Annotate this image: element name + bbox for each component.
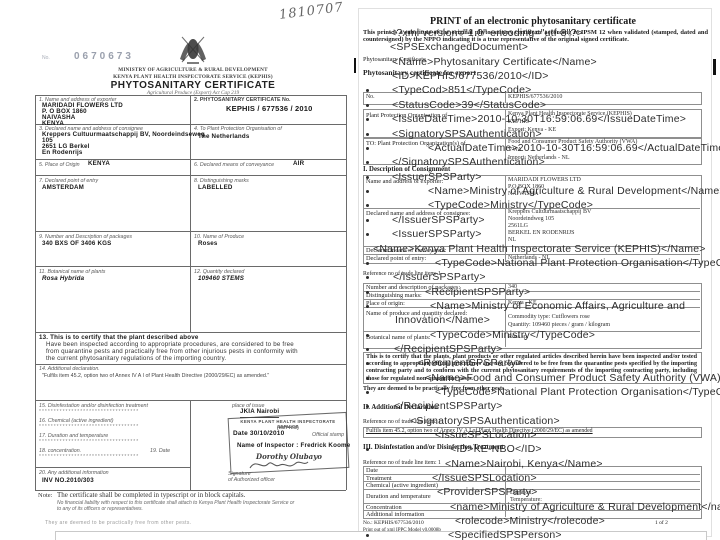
bullet-icon bbox=[366, 391, 369, 394]
xml-line: </IssuerSPSParty> bbox=[393, 271, 486, 283]
xml-line: <TypeCode>Ministry</TypeCode> bbox=[428, 199, 593, 211]
xml-line: <Name>Food and Consumer Product Safety A… bbox=[425, 372, 720, 384]
bullet-icon bbox=[366, 291, 369, 294]
slide-canvas: 1810707 No. 0670673 MINISTRY OF AGRICULT… bbox=[0, 0, 720, 540]
xml-line: <?xml version="1.0" encoding="utf-8"?> bbox=[390, 27, 583, 39]
xml-line: <StatusCode>39</StatusCode> bbox=[392, 99, 546, 111]
bullet-icon bbox=[366, 276, 369, 279]
bullet-icon bbox=[366, 348, 369, 351]
bullet-icon bbox=[366, 133, 369, 136]
xml-line: <IssueSPSLocation> bbox=[435, 429, 537, 441]
bullet-icon bbox=[366, 334, 369, 337]
bullet-icon bbox=[366, 104, 369, 107]
xml-line: </RecipientSPSParty> bbox=[394, 400, 502, 412]
xml-line: <Name>Kenya Plant Health Inspectorate Se… bbox=[373, 243, 706, 255]
bullet-icon bbox=[366, 147, 369, 150]
bullet-icon bbox=[366, 405, 369, 408]
xml-line: <TypeCod>851</TypeCode> bbox=[392, 84, 531, 96]
bullet-icon bbox=[366, 233, 369, 236]
bullet-icon bbox=[366, 204, 369, 207]
xml-line: <RecipientSPSParty> bbox=[425, 286, 530, 298]
xml-line: </IssueSPSLocation> bbox=[432, 472, 537, 484]
xml-line: <SPSExchangedDocument> bbox=[390, 41, 528, 53]
bullet-icon bbox=[366, 89, 369, 92]
bullet-icon bbox=[366, 377, 369, 380]
xml-line: <RecipientSPSParty> bbox=[417, 357, 522, 369]
xml-line: <TypeCode>National Plant Protection Orga… bbox=[435, 386, 720, 398]
bullet-icon bbox=[366, 305, 369, 308]
bullet-icon bbox=[366, 161, 369, 164]
bullet-icon bbox=[366, 448, 369, 451]
bullet-icon bbox=[366, 262, 369, 265]
xml-line: <TypeCode>Ministry</TypeCode> bbox=[430, 329, 595, 341]
xml-line: <ActualDateTime>2010-10-30T16:59:06.69</… bbox=[428, 142, 720, 154]
xml-line: <ID>KEPHIS/677536/2010</ID> bbox=[392, 70, 549, 82]
xml-line: <Name>Ministry of Agriculture & Rural De… bbox=[428, 185, 720, 197]
xml-line: </IssuerSPSParty> bbox=[392, 214, 485, 226]
xml-line: <Name>Nairobi, Kenya</Name> bbox=[445, 458, 603, 470]
xml-line: <SignatorySPSAuthentication> bbox=[392, 128, 542, 140]
bullet-icon bbox=[366, 219, 369, 222]
xml-line: <IssuerSPSParty> bbox=[392, 171, 482, 183]
bullet-icon bbox=[366, 190, 369, 193]
xml-line: <IssuerSPSParty> bbox=[392, 228, 482, 240]
xml-line: <SignatorySPSAuthentication> bbox=[410, 415, 560, 427]
xml-line: <IssueDateTime>2010-10-30T16:59:06.69</I… bbox=[392, 113, 686, 125]
bullet-icon bbox=[366, 176, 369, 179]
xml-line: <SpecifiedSPSPerson> bbox=[448, 529, 562, 540]
print-title: PRINT of an electronic phytosanitary cer… bbox=[373, 16, 693, 27]
xml-line: <TypeCode>National Plant Protection Orga… bbox=[435, 257, 720, 269]
xml-line: <Name>Phytosanitary Certificate</Name> bbox=[392, 56, 597, 68]
xml-line: </SignatorySPSAuthentication> bbox=[392, 156, 545, 168]
xml-line: <Name>Ministry of Economic Affairs, Agri… bbox=[430, 300, 685, 312]
bullet-icon bbox=[366, 362, 369, 365]
bullet-icon bbox=[366, 534, 369, 537]
xml-line: <name>Ministry of Agriculture & Rural De… bbox=[450, 501, 720, 513]
bullet-icon bbox=[366, 118, 369, 121]
xml-line: </RecipientSPSParty> bbox=[394, 343, 502, 355]
xml-line: Innovation</Name> bbox=[395, 314, 490, 326]
xml-line: <rolecode>Ministry</rolecode> bbox=[455, 515, 605, 527]
xml-line: <ProviderSPSParty> bbox=[437, 486, 537, 498]
xml-line: <ID>KE-NBO</ID> bbox=[450, 443, 542, 455]
